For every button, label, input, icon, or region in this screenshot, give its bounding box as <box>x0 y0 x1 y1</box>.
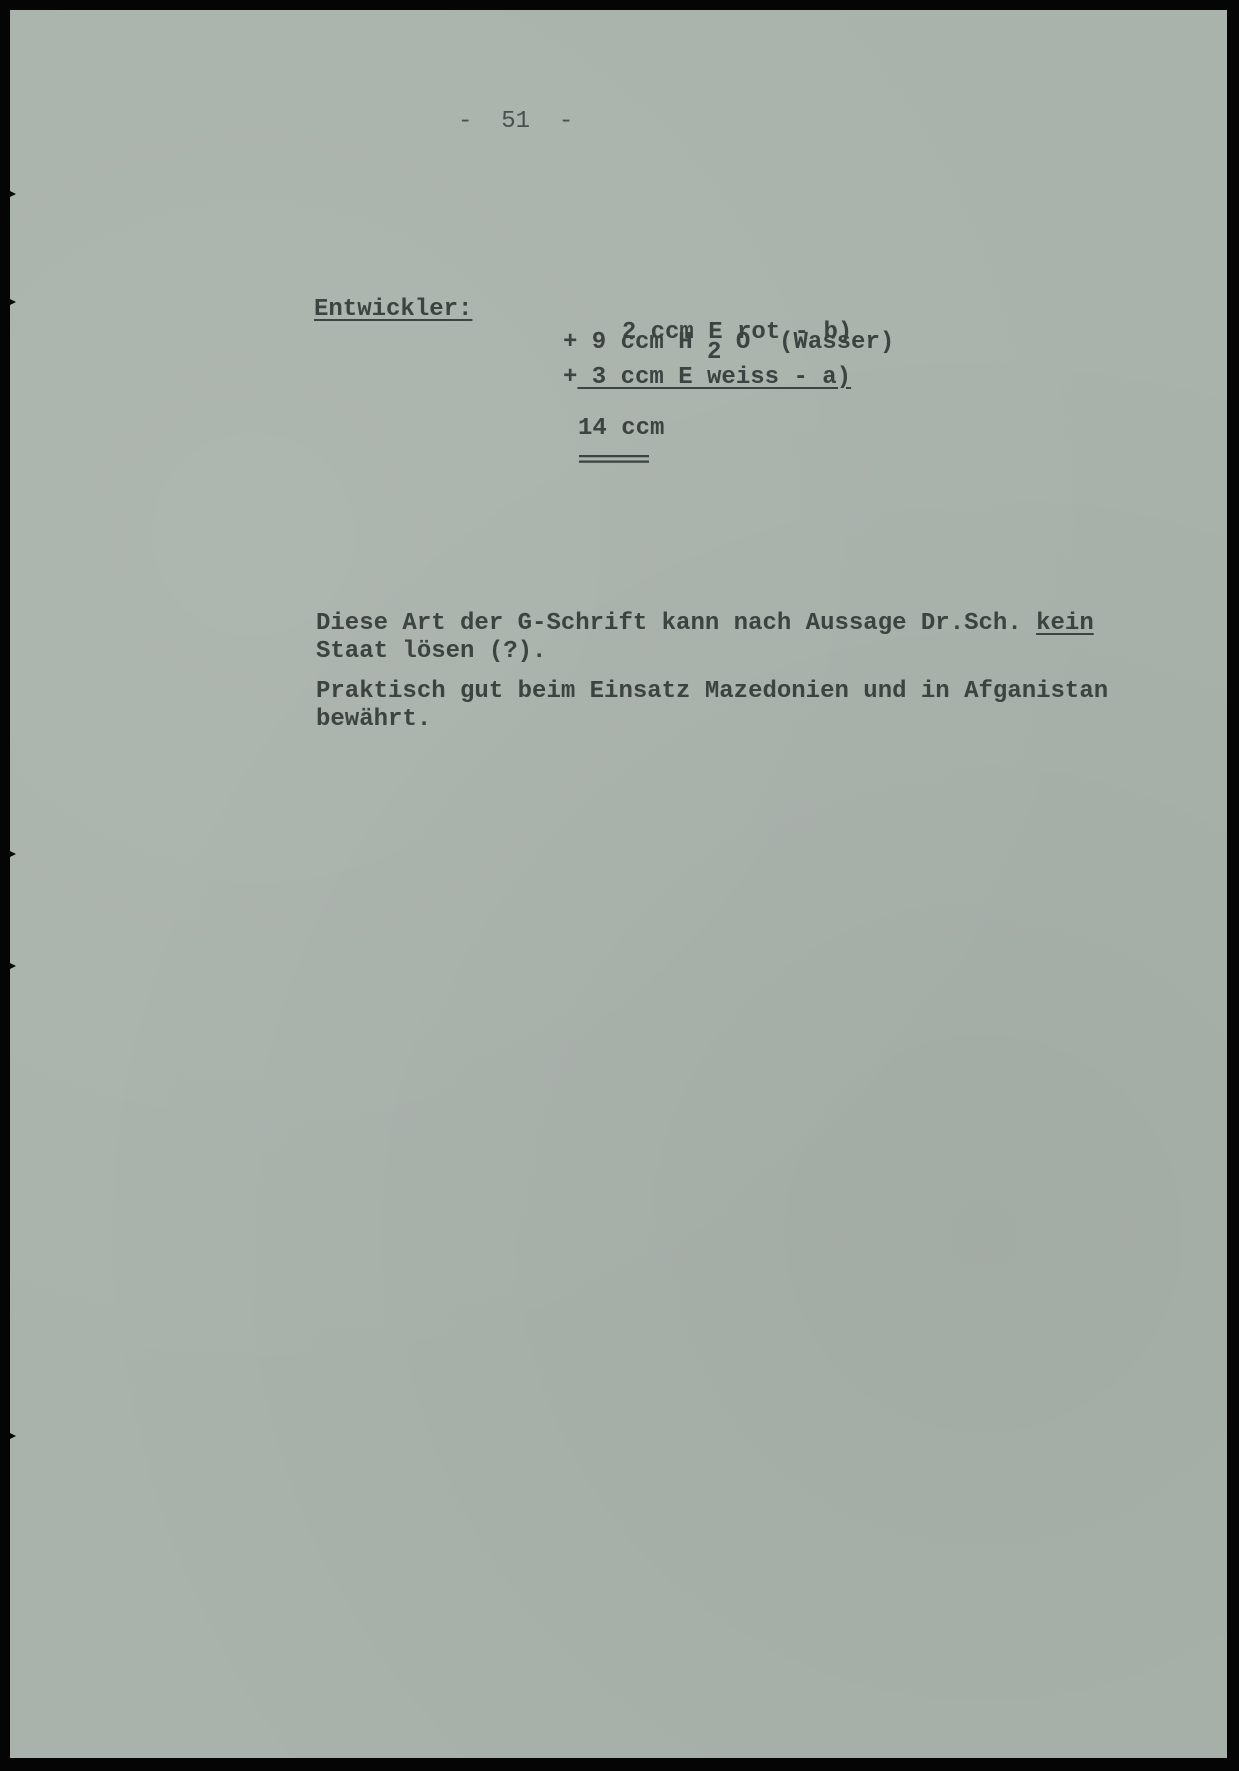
edge-mark <box>8 1432 16 1440</box>
paragraph-1-line-2: Staat lösen (?). <box>316 640 546 664</box>
edge-mark <box>8 190 16 198</box>
edge-mark <box>8 962 16 970</box>
edge-mark <box>8 298 16 306</box>
paragraph-1-text: Diese Art der G-Schrift kann nach Aussag… <box>316 610 1036 637</box>
paragraph-2-line-1: Praktisch gut beim Einsatz Mazedonien un… <box>316 680 1108 704</box>
paragraph-1-line-1: Diese Art der G-Schrift kann nach Aussag… <box>316 612 1094 636</box>
edge-mark <box>8 850 16 858</box>
developer-line-2-suffix: O (Wasser) <box>721 329 894 356</box>
developer-line-2-prefix: + 9 ccm H <box>563 329 707 356</box>
paragraph-1-emphasis: kein <box>1036 610 1094 637</box>
developer-line-3-text: 3 ccm E weiss - a) <box>577 364 851 391</box>
page-number: - 51 - <box>458 110 573 134</box>
developer-total: 14 ccm <box>578 417 664 441</box>
developer-line-3: + 3 ccm E weiss - a) <box>563 366 851 390</box>
paragraph-2-line-2: bewährt. <box>316 708 431 732</box>
developer-line-2-subscript: 2 <box>707 339 721 366</box>
developer-label: Entwickler: <box>314 298 472 322</box>
developer-line-3-plus: + <box>563 364 577 391</box>
developer-line-2: + 9 ccm H 2 O (Wasser) <box>563 331 894 355</box>
developer-total-rule: ======= <box>578 452 648 472</box>
document-page <box>10 10 1227 1758</box>
